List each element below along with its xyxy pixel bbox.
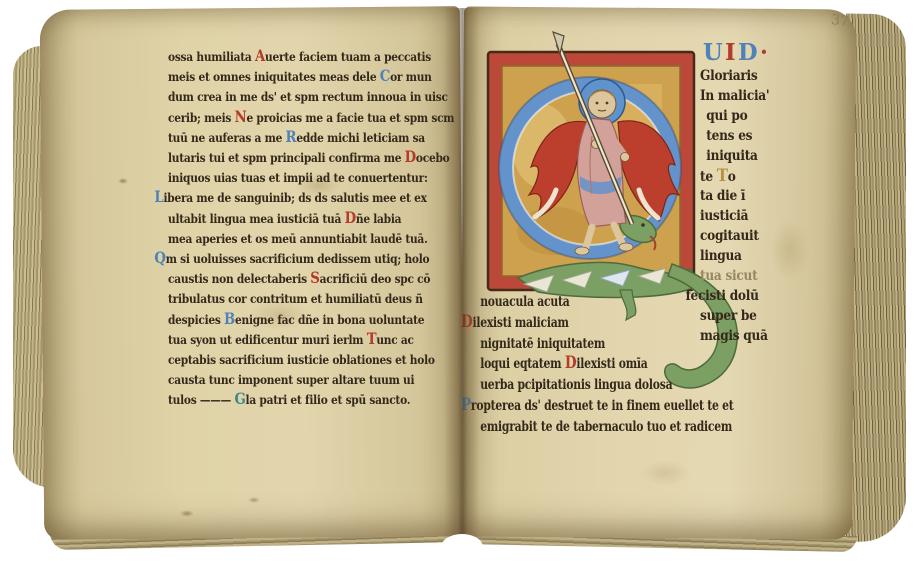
text-segment: ossa humiliata: [168, 49, 255, 64]
text-segment: tuū ne auferas a me: [168, 130, 286, 145]
manuscript-photo: ossa humiliata Auerte faciem tuam a pecc…: [0, 0, 917, 561]
text-segment: ocebo: [416, 150, 450, 165]
manuscript-line: iniquita: [706, 147, 769, 167]
text-segment: T: [717, 165, 728, 185]
text-segment: caustis non delectaberis: [168, 271, 310, 286]
manuscript-line: Libera me de sanguinib; ds ds salutis me…: [154, 188, 454, 208]
text-segment: ibera me de sanguinib; ds ds salutis mee…: [163, 190, 426, 205]
manuscript-line: caustis non delectaberis Sacrificiū deo …: [168, 269, 454, 289]
text-segment: te: [700, 169, 717, 185]
text-segment: G: [234, 389, 245, 408]
text-segment: edde michi leticiam sa: [296, 130, 425, 145]
left-page-text: ossa humiliata Auerte faciem tuam a pecc…: [168, 47, 454, 411]
manuscript-line: In malicia': [700, 87, 769, 107]
display-letters-uid: UID·: [703, 41, 770, 65]
text-segment: qui po: [706, 108, 747, 124]
text-segment: iniquos uias tuas et impii ad te conuert…: [168, 170, 428, 185]
text-segment: ilexisti omīa: [576, 356, 647, 372]
manuscript-line: mea aperies et os meū annuntiabit laudē …: [168, 229, 454, 249]
manuscript-line: iniquos uias tuas et impii ad te conuert…: [168, 168, 454, 188]
text-segment: iniquita: [706, 148, 757, 164]
manuscript-line: uerba pcipitationis lingua dolosa: [480, 375, 733, 396]
manuscript-line: iusticiā: [700, 207, 769, 227]
text-segment: U: [703, 38, 725, 66]
text-segment: B: [224, 309, 235, 328]
text-segment: C: [380, 66, 390, 85]
manuscript-line: Propterea ds' destruet te in finem euell…: [461, 396, 734, 417]
text-segment: I: [725, 38, 738, 66]
text-segment: iusticiā: [700, 208, 748, 224]
text-segment: cogitauit: [700, 228, 759, 244]
text-segment: despicies: [168, 312, 224, 327]
text-segment: tulos ———: [168, 392, 234, 407]
gutter-bottom-notch: [441, 534, 483, 560]
manuscript-line: cerib; meis Ne proicias me a facie tua e…: [168, 108, 454, 128]
text-segment: ñe labia: [356, 211, 401, 226]
text-segment: uerba pcipitationis lingua dolosa: [480, 377, 672, 393]
manuscript-line: Qm si uoluisses sacrificium dedissem uti…: [154, 249, 454, 269]
text-segment: unc ac: [376, 332, 413, 347]
text-segment: ta die ī: [700, 188, 745, 204]
manuscript-line: dum crea in me ds' et spm rectum innoua …: [168, 87, 454, 107]
manuscript-line: lutaris tui et spm principali confirma m…: [168, 148, 454, 168]
text-segment: Gloriaris: [700, 68, 757, 84]
text-segment: R: [286, 127, 297, 146]
text-segment: emigrabit te de tabernaculo tuo et radic…: [480, 419, 732, 435]
text-segment: L: [154, 187, 163, 206]
manuscript-line: emigrabit te de tabernaculo tuo et radic…: [480, 417, 733, 438]
text-segment: tribulatus cor contritum et humiliatū de…: [168, 291, 423, 306]
text-segment: dum crea in me ds' et spm rectum innoua …: [168, 89, 448, 104]
text-segment: nouacula acuta: [480, 294, 569, 310]
manuscript-line: cogitauit: [700, 227, 769, 247]
text-segment: causta tunc imponent super altare tuum u…: [168, 372, 414, 387]
manuscript-line: tua sicut: [700, 267, 769, 287]
text-segment: D: [565, 352, 576, 372]
manuscript-line: tens es: [706, 127, 769, 147]
text-segment: tua syon ut edificentur muri ierlm: [168, 332, 367, 347]
manuscript-line: te To: [700, 167, 769, 188]
manuscript-line: ta die ī: [700, 187, 769, 207]
text-segment: ilexisti maliciam: [472, 315, 568, 331]
manuscript-line: ceptabis sacrificium iusticie oblationes…: [168, 350, 454, 370]
text-segment: A: [255, 46, 265, 65]
text-segment: enigne fac dñe in bona uoluntate: [235, 312, 424, 327]
text-segment: m si uoluisses sacrificium dedissem utiq…: [166, 251, 430, 266]
text-segment: mea aperies et os meū annuntiabit laudē …: [168, 231, 428, 246]
text-segment: tua sicut: [700, 268, 757, 284]
text-segment: or mun: [390, 69, 432, 84]
manuscript-line: tulos ——— Gla patri et filio et spū sanc…: [168, 390, 454, 410]
manuscript-line: loqui eqtatem Dilexisti omīa: [480, 354, 733, 375]
manuscript-line: Gloriaris: [700, 67, 769, 87]
text-segment: acrificiū deo spc cō: [320, 271, 431, 286]
text-segment: P: [461, 394, 471, 414]
text-segment: D: [461, 311, 472, 331]
text-segment: Q: [154, 248, 165, 267]
text-segment: tens es: [706, 128, 752, 144]
manuscript-line: causta tunc imponent super altare tuum u…: [168, 370, 454, 390]
manuscript-line: ultabit lingua mea iusticiā tuā Dñe labi…: [168, 209, 454, 229]
right-page: [460, 6, 856, 539]
manuscript-line: tuū ne auferas a me Redde michi leticiam…: [168, 128, 454, 148]
text-segment: ·: [760, 38, 770, 66]
text-segment: uerte faciem tuam a peccatis: [265, 49, 431, 64]
text-segment: loqui eqtatem: [480, 356, 565, 372]
manuscript-line: lingua: [700, 247, 769, 267]
text-segment: D: [405, 147, 416, 166]
manuscript-line: ossa humiliata Auerte faciem tuam a pecc…: [168, 47, 454, 67]
manuscript-line: meis et omnes iniquitates meas dele Cor …: [168, 67, 454, 87]
text-segment: lutaris tui et spm principali confirma m…: [168, 150, 405, 165]
text-segment: cerib; meis: [168, 110, 235, 125]
manuscript-line: tribulatus cor contritum et humiliatū de…: [168, 289, 454, 309]
text-segment: ultabit lingua mea iusticiā tuā: [168, 211, 345, 226]
text-segment: D: [345, 208, 356, 227]
manuscript-line: Dilexisti maliciam: [461, 313, 734, 334]
text-segment: nignitatē iniquitatem: [480, 336, 605, 352]
text-segment: ceptabis sacrificium iusticie oblationes…: [168, 352, 435, 367]
right-page-body-text: nouacula acutaDilexisti maliciamnignitat…: [461, 292, 734, 438]
text-segment: D: [738, 38, 760, 66]
manuscript-line: despicies Benigne fac dñe in bona uolunt…: [168, 310, 454, 330]
text-segment: o: [728, 169, 736, 185]
text-segment: ropterea ds' destruet te in finem euelle…: [471, 398, 734, 414]
text-segment: N: [235, 107, 247, 126]
text-segment: S: [310, 268, 319, 287]
text-segment: meis et omnes iniquitates meas dele: [168, 69, 380, 84]
text-segment: In malicia': [700, 88, 769, 104]
manuscript-line: nouacula acuta: [480, 292, 733, 313]
folio-number: 37: [830, 12, 850, 30]
text-segment: T: [367, 329, 377, 348]
text-segment: e proicias me a facie tua et spm scm: [246, 110, 454, 125]
manuscript-line: nignitatē iniquitatem: [480, 334, 733, 355]
manuscript-line: qui po: [706, 107, 769, 127]
text-segment: lingua: [700, 248, 742, 264]
manuscript-line: tua syon ut edificentur muri ierlm Tunc …: [168, 330, 454, 350]
text-segment: la patri et filio et spū sancto.: [246, 392, 411, 407]
